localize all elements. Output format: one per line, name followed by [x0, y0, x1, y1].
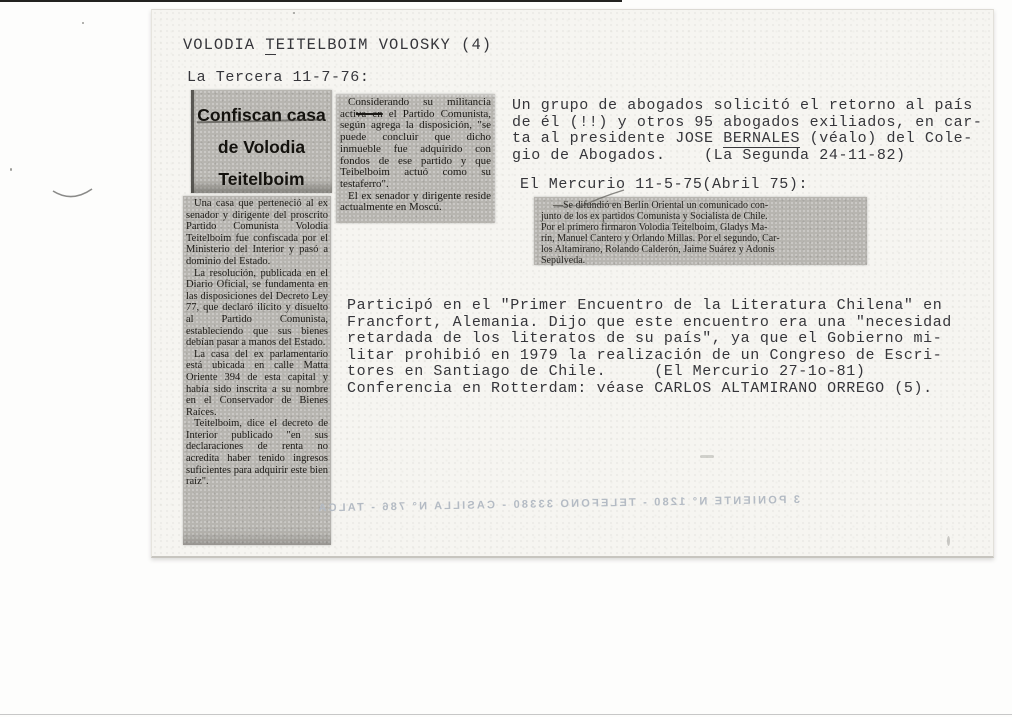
paper-speck — [293, 12, 295, 14]
considerando-paragraph-2: El ex senador y dirigente reside actualm… — [340, 191, 491, 214]
considerando-p1-post: el Partido Comunista, según agrega la di… — [340, 108, 491, 190]
confiscan-headline-line1: Confiscan casa — [191, 99, 332, 131]
abogados-line-3-underlined: BERNALES — [723, 130, 800, 148]
abogados-line-3-pre: ta al presidente JOSE — [512, 130, 723, 147]
abogados-line-3-post: (véalo) del Cole- — [800, 130, 973, 147]
page-title-underlined-letter: T — [265, 36, 275, 55]
pen-mark-curve — [50, 186, 96, 206]
confiscan-headline-line3: Teitelboim — [191, 163, 332, 195]
page-title-pre: VOLODIA — [183, 36, 265, 54]
paper-speck — [10, 168, 12, 171]
clipping-confiscan-body: Una casa que perteneció al ex senador y … — [183, 196, 331, 545]
source-la-tercera: La Tercera 11-7-76: — [187, 70, 369, 87]
confiscan-paragraph: Teitelboim, dice el decreto de Interior … — [186, 418, 328, 488]
confiscan-paragraph: La resolución, publicada en el Diario Of… — [186, 268, 328, 349]
pen-scribble-mark — [548, 186, 640, 214]
scan-bottom-edge-line — [0, 714, 1012, 715]
clipping-confiscan-headline: Confiscan casa de Volodia Teitelboim — [191, 90, 332, 193]
typed-abogados-note: Un grupo de abogados solicitó el retorno… — [512, 98, 982, 164]
page-title: VOLODIA TEITELBOIM VOLOSKY (4) — [183, 37, 492, 54]
typed-participo-note: Participó en el "Primer Encuentro de la … — [347, 298, 952, 398]
confiscan-paragraph: Una casa que perteneció al ex senador y … — [186, 198, 328, 268]
abogados-line-2: de él (!!) y otros 95 abogados exiliados… — [512, 114, 982, 131]
paper-smudge — [700, 455, 714, 458]
abogados-line-1: Un grupo de abogados solicitó el retorno… — [512, 97, 973, 114]
abogados-line-3: ta al presidente JOSE BERNALES (véalo) d… — [512, 130, 973, 148]
paper-speck — [947, 536, 950, 546]
confiscan-paragraph: La casa del ex parlamentario está ubicad… — [186, 349, 328, 419]
clipping-considerando: Considerando su militancia activa en el … — [336, 94, 495, 223]
confiscan-headline-line2: de Volodia — [191, 131, 332, 163]
scan-top-edge-line — [0, 0, 622, 2]
page-title-rest: EITELBOIM VOLOSKY (4) — [276, 36, 492, 54]
scanned-archive-page: VOLODIA TEITELBOIM VOLOSKY (4) La Tercer… — [0, 0, 1012, 717]
abogados-line-4: gio de Abogados. (La Segunda 24-11-82) — [512, 147, 906, 164]
paper-speck — [82, 22, 84, 24]
considerando-p1-struck-words: va en — [356, 108, 383, 120]
considerando-paragraph-1: Considerando su militancia activa en el … — [340, 97, 491, 191]
